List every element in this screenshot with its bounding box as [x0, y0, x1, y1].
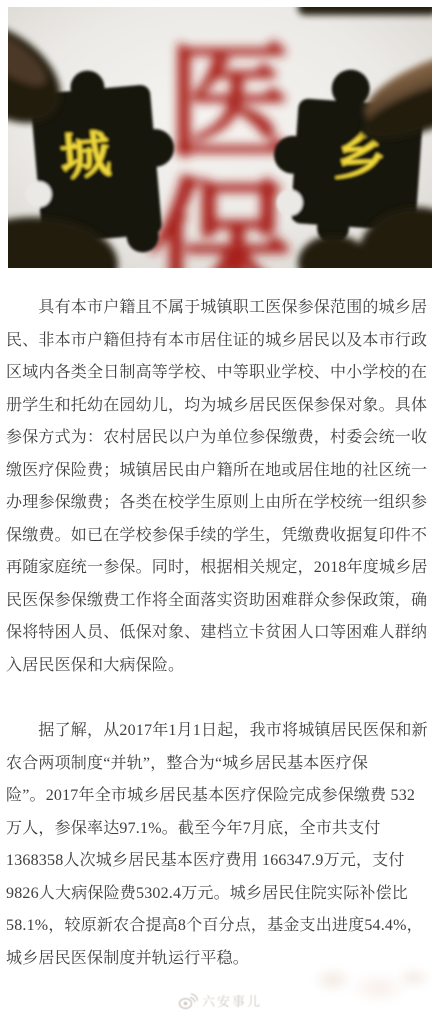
top-right-shadow	[298, 7, 432, 15]
puzzle-photo: 医 保 城 乡	[8, 7, 432, 268]
word-bao: 保	[148, 170, 293, 268]
left-piece-label: 城	[58, 126, 113, 186]
faint-stamp-watermark	[295, 951, 430, 1015]
article-image[interactable]: 医 保 城 乡	[0, 0, 440, 268]
paragraph-merger-statistics: 据了解，从2017年1月1日起，我市将城镇居民医保和新 农合两项制度“并轨”，整…	[6, 715, 430, 975]
article-body: 具有本市户籍且不属于城镇职工医保参保范围的城乡居 民、非本市户籍但持有本市居住证…	[0, 292, 440, 975]
paragraph-enrollment-scope: 具有本市户籍且不属于城镇职工医保参保范围的城乡居 民、非本市户籍但持有本市居住证…	[6, 292, 430, 682]
weibo-icon	[178, 992, 198, 1010]
article-footer: 六安事儿	[0, 975, 440, 1021]
weibo-watermark: 六安事儿	[178, 991, 262, 1010]
watermark-text: 六安事儿	[202, 991, 262, 1010]
